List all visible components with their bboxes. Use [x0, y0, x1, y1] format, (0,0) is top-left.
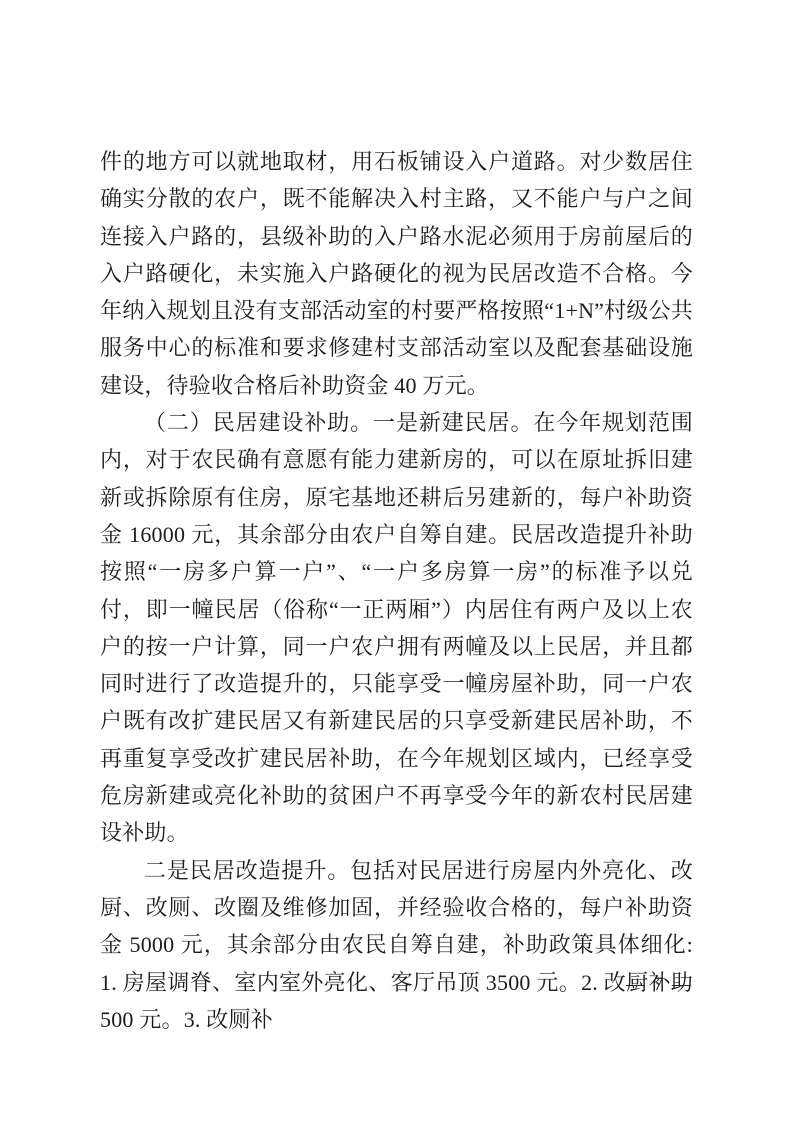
paragraph-housing-renovation-subsidy: 二是民居改造提升。包括对民居进行房屋内外亮化、改厨、改厕、改圈及维修加固，并经验… — [100, 852, 693, 1038]
paragraph-housing-construction-subsidy: （二）民居建设补助。一是新建民居。在今年规划范围内，对于农民确有意愿有能力建新房… — [100, 404, 693, 852]
document-page: 件的地方可以就地取材，用石板铺设入户道路。对少数居住确实分散的农户，既不能解决入… — [0, 0, 793, 1122]
page-number: — 7 — — [626, 974, 693, 996]
paragraph-road-subsidy: 件的地方可以就地取材，用石板铺设入户道路。对少数居住确实分散的农户，既不能解决入… — [100, 143, 693, 404]
text-block: 件的地方可以就地取材，用石板铺设入户道路。对少数居住确实分散的农户，既不能解决入… — [100, 143, 693, 1038]
